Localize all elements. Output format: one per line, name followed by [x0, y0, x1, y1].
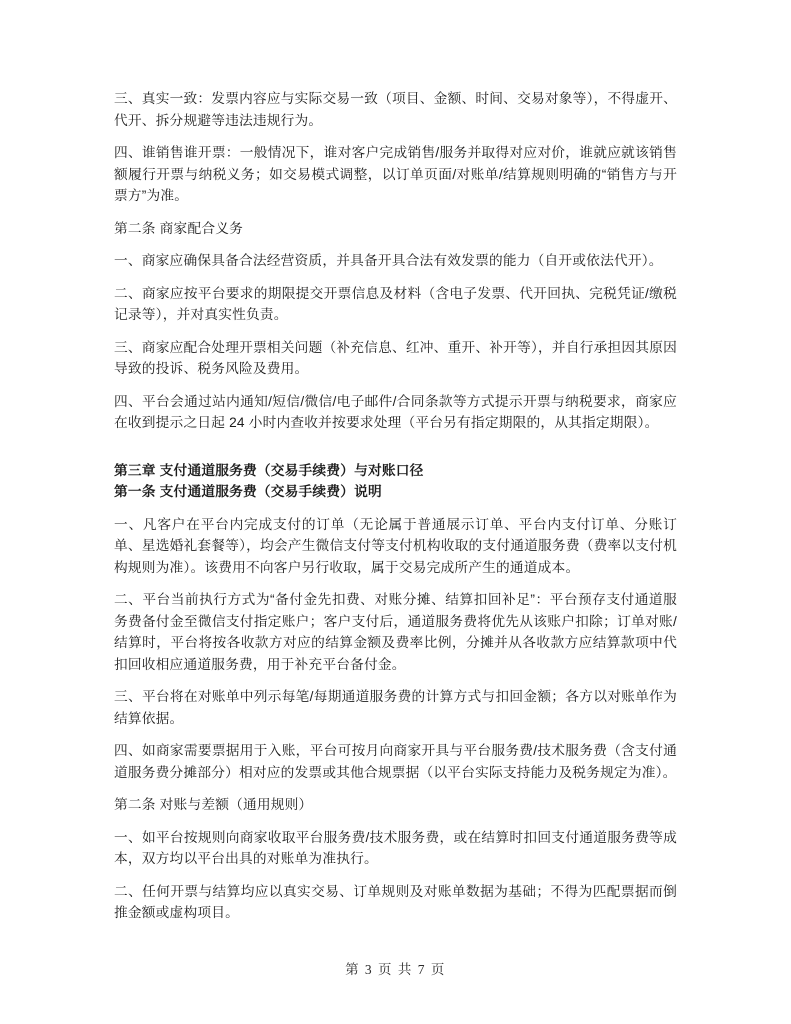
paragraph: 三、商家应配合处理开票相关问题（补充信息、红冲、重开、补开等），并自行承担因其原… [114, 337, 677, 380]
section-heading: 第二条 商家配合义务 [114, 218, 677, 240]
paragraph: 一、凡客户在平台内完成支付的订单（无论属于普通展示订单、平台内支付订单、分账订单… [114, 514, 677, 579]
document-body: 三、真实一致：发票内容应与实际交易一致（项目、金额、时间、交易对象等），不得虚开… [114, 88, 677, 935]
paragraph: 三、平台将在对账单中列示每笔/每期通道服务费的计算方式与扣回金额；各方以对账单作… [114, 686, 677, 729]
section-heading: 第二条 对账与差额（通用规则） [114, 794, 677, 816]
paragraph: 二、商家应按平台要求的期限提交开票信息及材料（含电子发票、代开回执、完税凭证/缴… [114, 283, 677, 326]
paragraph: 三、真实一致：发票内容应与实际交易一致（项目、金额、时间、交易对象等），不得虚开… [114, 88, 677, 131]
page-number-footer: 第 3 页 共 7 页 [0, 958, 791, 978]
chapter-subheading: 第一条 支付通道服务费（交易手续费）说明 [114, 481, 677, 503]
paragraph: 四、谁销售谁开票：一般情况下，谁对客户完成销售/服务并取得对应对价，谁就应就该销… [114, 142, 677, 207]
chapter-heading: 第三章 支付通道服务费（交易手续费）与对账口径 [114, 460, 677, 482]
paragraph: 四、如商家需要票据用于入账，平台可按月向商家开具与平台服务费/技术服务费（含支付… [114, 740, 677, 783]
paragraph: 二、任何开票与结算均应以真实交易、订单规则及对账单数据为基础；不得为匹配票据而倒… [114, 881, 677, 924]
paragraph: 四、平台会通过站内通知/短信/微信/电子邮件/合同条款等方式提示开票与纳税要求，… [114, 391, 677, 434]
paragraph: 一、如平台按规则向商家收取平台服务费/技术服务费，或在结算时扣回支付通道服务费等… [114, 827, 677, 870]
paragraph: 一、商家应确保具备合法经营资质，并具备开具合法有效发票的能力（自开或依法代开）。 [114, 250, 677, 272]
paragraph: 二、平台当前执行方式为“备付金先扣费、对账分摊、结算扣回补足”：平台预存支付通道… [114, 589, 677, 675]
document-page: 三、真实一致：发票内容应与实际交易一致（项目、金额、时间、交易对象等），不得虚开… [0, 0, 791, 1024]
